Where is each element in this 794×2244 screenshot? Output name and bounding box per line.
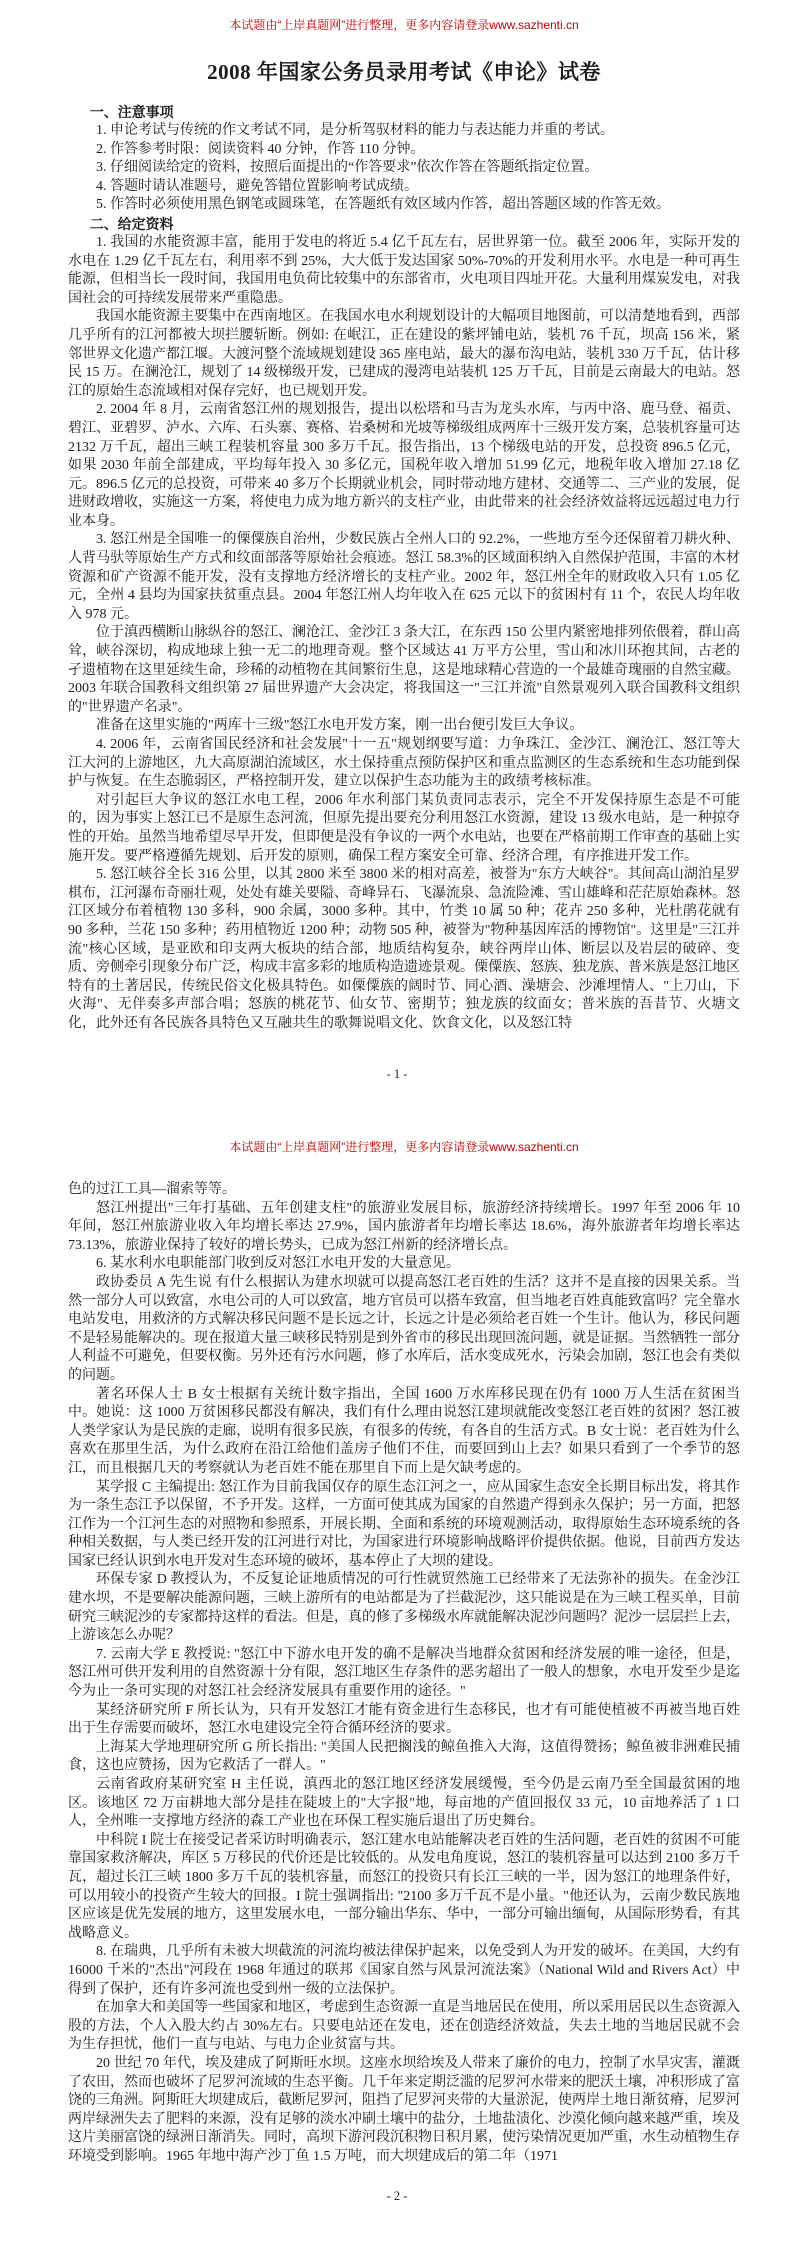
material-paragraph: 环保专家 D 教授认为，不反复论证地质情况的可行性就贸然施工已经带来了无法弥补的… xyxy=(68,1571,740,1645)
material-paragraph: 怒江州提出"三年打基础、五年创建支柱"的旅游业发展目标，旅游经济持续增长。199… xyxy=(68,1200,740,1256)
notice-section-heading: 一、注意事项 xyxy=(68,103,740,122)
material-paragraph-continued: 色的过江工具—溜索等等。 xyxy=(68,1181,740,1200)
material-paragraph: 准备在这里实施的"两库十三级"怒江水电开发方案，刚一出台便引发巨大争议。 xyxy=(68,717,740,736)
notice-item-4: 4. 答题时请认准题号，避免答错位置影响考试成绩。 xyxy=(68,178,740,197)
site-header-note: 本试题由“上岸真题网”进行整理，更多内容请登录www.sazhenti.cn xyxy=(68,18,740,33)
material-paragraph: 在加拿大和美国等一些国家和地区，考虑到生态资源一直是当地居民在使用，所以采用居民… xyxy=(68,1999,740,2055)
page-1: 本试题由“上岸真题网”进行整理，更多内容请登录www.sazhenti.cn 2… xyxy=(0,0,794,1122)
notice-item-2: 2. 作答参考时限：阅读资料 40 分钟，作答 110 分钟。 xyxy=(68,141,740,160)
page-2-number: - 2 - xyxy=(0,2189,794,2204)
notice-item-1: 1. 申论考试与传统的作文考试不同，是分析驾驭材料的能力与表达能力并重的考试。 xyxy=(68,122,740,141)
material-paragraph: 5. 怒江峡谷全长 316 公里，以其 2800 米至 3800 米的相对高差，… xyxy=(68,866,740,1033)
material-paragraph: 6. 某水利水电职能部门收到反对怒江水电开发的大量意见。 xyxy=(68,1255,740,1274)
site-header-note: 本试题由“上岸真题网”进行整理，更多内容请登录www.sazhenti.cn xyxy=(68,1140,740,1155)
material-paragraph: 20 世纪 70 年代，埃及建成了阿斯旺水坝。这座水坝给埃及人带来了廉价的电力，… xyxy=(68,2055,740,2167)
material-paragraph: 7. 云南大学 E 教授说: "怒江中下游水电开发的确不是解决当地群众贫困和经济… xyxy=(68,1646,740,1702)
material-paragraph: 著名环保人士 B 女士根据有关统计数字指出，全国 1600 万水库移民现在仍有 … xyxy=(68,1386,740,1479)
material-paragraph: 2. 2004 年 8 月，云南省怒江州的规划报告，提出以松塔和马吉为龙头水库，… xyxy=(68,401,740,531)
material-paragraph: 某学报 C 主编提出: 怒江作为目前我国仅存的原生态江河之一，应从国家生态安全长… xyxy=(68,1479,740,1572)
material-paragraph: 位于滇西横断山脉纵谷的怒江、澜沧江、金沙江 3 条大江，在东西 150 公里内紧… xyxy=(68,624,740,717)
material-paragraph: 8. 在瑞典，几乎所有未被大坝截流的河流均被法律保护起来，以免受到人为开发的破坏… xyxy=(68,1943,740,1999)
notice-item-3: 3. 仔细阅读给定的资料，按照后面提出的“作答要求”依次作答在答题纸指定位置。 xyxy=(68,159,740,178)
material-paragraph: 上海某大学地理研究所 G 所长指出: "美国人民把搁浅的鲸鱼推入大海，这值得赞扬… xyxy=(68,1739,740,1776)
material-paragraph: 4. 2006 年，云南省国民经济和社会发展"十一五"规划纲要写道：力争珠江、金… xyxy=(68,736,740,792)
material-paragraph: 1. 我国的水能资源丰富，能用于发电的将近 5.4 亿千瓦左右，居世界第一位。截… xyxy=(68,234,740,308)
material-paragraph: 云南省政府某研究室 H 主任说，滇西北的怒江地区经济发展缓慢，至今仍是云南乃至全… xyxy=(68,1776,740,1832)
material-paragraph: 政协委员 A 先生说 有什么根据认为建水坝就可以提高怒江老百姓的生活？这并不是直… xyxy=(68,1274,740,1386)
document-title: 2008 年国家公务员录用考试《申论》试卷 xyxy=(68,59,740,86)
page-2: 本试题由“上岸真题网”进行整理，更多内容请登录www.sazhenti.cn 色… xyxy=(0,1122,794,2244)
material-paragraph: 3. 怒江州是全国唯一的傈僳族自治州，少数民族占全州人口的 92.2%，一些地方… xyxy=(68,531,740,624)
material-paragraph: 中科院 I 院士在接受记者采访时明确表示，怒江建水电站能解决老百姓的生活问题，老… xyxy=(68,1832,740,1944)
materials-section-heading: 二、给定资料 xyxy=(68,215,740,234)
notice-item-5: 5. 作答时必须使用黑色钢笔或圆珠笔，在答题纸有效区域内作答，超出答题区域的作答… xyxy=(68,196,740,215)
page-1-number: - 1 - xyxy=(0,1067,794,1082)
material-paragraph: 我国水能资源主要集中在西南地区。在我国水电水利规划设计的大幅项目地图前，可以清楚… xyxy=(68,308,740,401)
material-paragraph: 某经济研究所 F 所长认为，只有开发怒江才能有资金进行生态移民，也才有可能使植被… xyxy=(68,1702,740,1739)
material-paragraph: 对引起巨大争议的怒江水电工程，2006 年水利部门某负责同志表示，完全不开发保持… xyxy=(68,792,740,866)
